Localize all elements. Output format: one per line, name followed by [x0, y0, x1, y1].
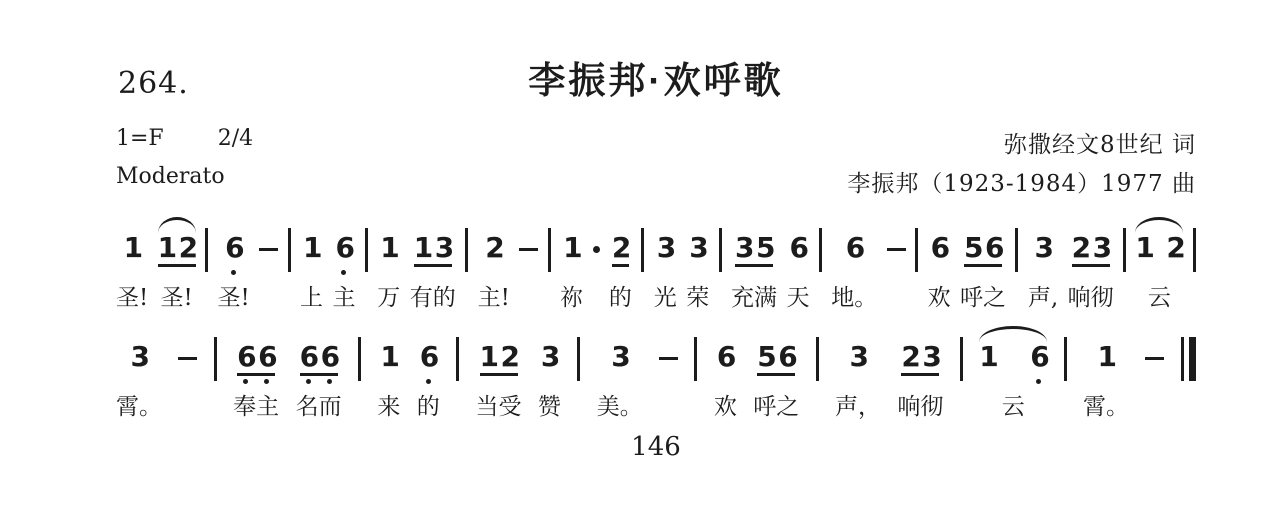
dash-note [178, 357, 197, 360]
note-digits: 3 [611, 341, 628, 376]
note-group: 3赞 [538, 325, 561, 422]
octave-dot-slot [300, 377, 317, 386]
note-group: 6欢 [714, 325, 737, 422]
octave-dot-slot [237, 377, 254, 386]
note-digit: 1 [380, 234, 397, 262]
lyric-syllable: 充满 [731, 283, 777, 313]
note-digit: 5 [756, 234, 773, 262]
octave-dot-slot [435, 268, 452, 277]
octave-dot-slot [124, 268, 141, 277]
note-group [1145, 325, 1164, 422]
note-digits: 12 [158, 232, 196, 267]
barline [1193, 228, 1196, 272]
octave-dot-row [225, 268, 242, 277]
octave-dot-slot [380, 268, 397, 277]
note-group: 66奉主 [233, 325, 279, 422]
note-digits: 3 [541, 341, 558, 376]
lyric-syllable: 声， [835, 392, 881, 422]
note-digits: 1 [1097, 341, 1114, 376]
note-digit: 3 [611, 343, 628, 371]
barline [816, 337, 819, 381]
note-digit: 1 [979, 343, 996, 371]
note-digits: 35 [735, 232, 773, 267]
octave-dot-slot [850, 377, 867, 386]
note-digit: 3 [131, 343, 148, 371]
note-group: 1祢 [560, 216, 583, 313]
octave-dot-slot [258, 377, 275, 386]
note-digit: 2 [1166, 234, 1183, 262]
note-digit: 6 [420, 343, 437, 371]
octave-dot-slot [1030, 377, 1047, 386]
octave-dot-row [1072, 268, 1110, 277]
note-digit: 1 [1135, 234, 1152, 262]
note-digits: 3 [689, 232, 706, 267]
octave-dot-slot [612, 268, 629, 277]
note-group: 66名而 [296, 325, 342, 422]
note-digits: 3 [131, 341, 148, 376]
note-digits: 6 [225, 232, 242, 267]
note-group: 6地。 [831, 216, 877, 313]
note-digits: 3 [657, 232, 674, 267]
credits: 弥撒经文8世纪 词 李振邦（1923-1984）1977 曲 [847, 126, 1196, 204]
note-group [519, 216, 538, 313]
note-group: 2的 [609, 216, 632, 313]
note-group: 6圣! [218, 216, 250, 313]
octave-dot-slot [689, 268, 706, 277]
note-group [659, 325, 678, 422]
note-group: 12当受 [476, 325, 522, 422]
note-digits: 6 [335, 232, 352, 267]
barline [960, 337, 963, 381]
octave-dot-row [657, 268, 674, 277]
note-digits: 56 [964, 232, 1002, 267]
note-digits: 16 [979, 341, 1047, 376]
octave-dot [1036, 379, 1041, 384]
octave-dot-row [485, 268, 502, 277]
lyric-syllable: 名而 [296, 392, 342, 422]
lyric-syllable: 圣! [218, 283, 250, 313]
note-digit: 1 [1097, 343, 1114, 371]
note-group: 1圣! [116, 216, 148, 313]
note-digit: 6 [237, 343, 254, 371]
octave-dot-slot [931, 268, 948, 277]
note-digits [1145, 341, 1164, 376]
lyric-syllable: 奉主 [233, 392, 279, 422]
note-digits: 66 [300, 341, 338, 376]
note-group: 6欢 [928, 216, 951, 313]
note-digits [593, 232, 600, 267]
note-digits: 6 [717, 341, 734, 376]
lyric-syllable: 呼之 [753, 392, 799, 422]
note-group: 35充满 [731, 216, 777, 313]
octave-dot-row [420, 377, 437, 386]
octave-dot-row [850, 377, 867, 386]
note-digits: 1 [303, 232, 320, 267]
note-digits: 6 [846, 232, 863, 267]
lyric-syllable: 天 [786, 283, 809, 313]
octave-dot-slot [657, 268, 674, 277]
note-digit: 1 [414, 234, 431, 262]
octave-dot-slot [778, 377, 795, 386]
note-digit: 2 [612, 234, 629, 262]
octave-dot-row [735, 268, 773, 277]
barline [205, 228, 208, 272]
barline [577, 337, 580, 381]
octave-dot-slot [789, 268, 806, 277]
octave-dot-row [335, 268, 352, 277]
music-system-1: 1圣!12圣!6圣!1上6主1万13有的2主!1祢2的3光3荣35充满6天6地。… [116, 216, 1196, 313]
octave-dot-row [1145, 377, 1164, 386]
lyric-syllable: 地。 [831, 283, 877, 313]
note-digits: 1 [380, 341, 397, 376]
lyric-syllable: 的 [417, 392, 440, 422]
key-signature: 1=F [116, 126, 164, 151]
note-digits: 6 [420, 341, 437, 376]
note-digit: 2 [501, 343, 518, 371]
octave-dot-row [480, 377, 518, 386]
note-digit: 6 [931, 234, 948, 262]
octave-dot [264, 379, 269, 384]
note-group: 1霄。 [1083, 325, 1129, 422]
hymn-number: 264. [118, 66, 189, 101]
octave-dot [243, 379, 248, 384]
lyric-syllable: 荣 [686, 283, 709, 313]
note-digit: 6 [1030, 343, 1047, 371]
lyric-syllable: 美。 [597, 392, 643, 422]
octave-dot-slot [1166, 268, 1183, 277]
note-digits: 12 [480, 341, 518, 376]
dash-note [259, 248, 278, 251]
dash-note [659, 357, 678, 360]
lyric-syllable: 云 [1148, 283, 1171, 313]
octave-dot-slot [887, 268, 906, 277]
octave-dot-row [931, 268, 948, 277]
octave-dot-slot [303, 268, 320, 277]
octave-dot-row [131, 377, 148, 386]
note-digit: 6 [321, 343, 338, 371]
note-digits: 2 [612, 232, 629, 267]
note-digit: 3 [735, 234, 752, 262]
barline [719, 228, 722, 272]
octave-dot-slot [541, 377, 558, 386]
octave-dot-row [414, 268, 452, 277]
octave-dot-row [757, 377, 795, 386]
note-group [593, 216, 600, 313]
octave-dot-slot [593, 268, 600, 277]
lyric-syllable: 圣! [116, 283, 148, 313]
octave-dot-slot [1135, 268, 1152, 277]
note-digit: 3 [922, 343, 939, 371]
time-signature: 2/4 [218, 126, 253, 151]
octave-dot-row [901, 377, 939, 386]
note-group: 3美。 [597, 325, 643, 422]
note-digit: 6 [300, 343, 317, 371]
meta-row: 1=F 2/4 Moderato 弥撒经文8世纪 词 李振邦（1923-1984… [116, 126, 1196, 204]
note-digit: 2 [1072, 234, 1089, 262]
note-group: 2主! [478, 216, 510, 313]
note-group: 3光 [654, 216, 677, 313]
note-group [887, 216, 906, 313]
octave-dot-slot [335, 268, 352, 277]
note-group: 3声, [1028, 216, 1058, 313]
note-group [259, 216, 278, 313]
note-group: 12云 [1135, 216, 1183, 313]
note-digit: 5 [964, 234, 981, 262]
octave-dot-row [887, 268, 906, 277]
octave-dot-row [659, 377, 678, 386]
octave-dot-slot [563, 268, 580, 277]
lyric-syllable: 上 [300, 283, 323, 313]
octave-dot-slot [179, 268, 196, 277]
octave-dot [327, 379, 332, 384]
note-digit: 3 [435, 234, 452, 262]
final-barline-thick [1189, 337, 1196, 381]
note-digit: 3 [850, 343, 867, 371]
barline [288, 228, 291, 272]
slur-arc [979, 326, 1047, 342]
barline [694, 337, 697, 381]
octave-dot-row [300, 377, 338, 386]
octave-dot-slot [321, 377, 338, 386]
lyric-syllable: 圣! [161, 283, 193, 313]
meta-left: 1=F 2/4 Moderato [116, 126, 253, 189]
octave-dot-slot [1097, 377, 1114, 386]
octave-dot-row [541, 377, 558, 386]
octave-dot-row [259, 268, 278, 277]
dash-note [519, 248, 538, 251]
barline [358, 337, 361, 381]
note-digits: 6 [789, 232, 806, 267]
lyric-syllable: 响彻 [1068, 283, 1114, 313]
lyric-syllable: 光 [654, 283, 677, 313]
note-group: 6主 [332, 216, 355, 313]
lyricist-credit: 弥撒经文8世纪 词 [847, 126, 1196, 165]
barline [465, 228, 468, 272]
note-digits: 23 [1072, 232, 1110, 267]
octave-dot-row [979, 377, 1047, 386]
lyric-syllable: 欢 [714, 392, 737, 422]
barline [365, 228, 368, 272]
octave-dot-row [612, 268, 629, 277]
note-digits: 1 [124, 232, 141, 267]
note-digits: 23 [901, 341, 939, 376]
dash-note [1145, 357, 1164, 360]
note-group: 3声， [835, 325, 881, 422]
note-group: 23响彻 [897, 325, 943, 422]
barline [1064, 337, 1067, 381]
music-system-2: 3霄。66奉主66名而1来6的12当受3赞3美。6欢56呼之3声，23响彻16云… [116, 325, 1196, 422]
barline [915, 228, 918, 272]
octave-dot-slot [501, 377, 518, 386]
note-group: 3荣 [686, 216, 709, 313]
hymn-title: 李振邦·欢呼歌 [116, 56, 1196, 106]
note-digit: 6 [335, 234, 352, 262]
key-meter: 1=F 2/4 [116, 126, 253, 151]
octave-dot-slot [964, 268, 981, 277]
note-digit: 6 [789, 234, 806, 262]
octave-dot-slot [757, 377, 774, 386]
composer-credit: 李振邦（1923-1984）1977 曲 [847, 165, 1196, 204]
octave-dot [306, 379, 311, 384]
barline [1123, 228, 1126, 272]
note-digit: 3 [689, 234, 706, 262]
note-group: 12圣! [158, 216, 196, 313]
barline [641, 228, 644, 272]
barline [456, 337, 459, 381]
octave-dot-row [717, 377, 734, 386]
barline [1015, 228, 1018, 272]
octave-dot-slot [979, 377, 996, 386]
octave-dot-row [380, 377, 397, 386]
slur-arc [158, 217, 196, 233]
note-group: 1来 [377, 325, 400, 422]
octave-dot-slot [756, 268, 773, 277]
note-digit: 1 [158, 234, 175, 262]
lyric-syllable: 万 [377, 283, 400, 313]
barline [819, 228, 822, 272]
octave-dot-row [1034, 268, 1051, 277]
note-group: 6的 [417, 325, 440, 422]
note-digits: 6 [931, 232, 948, 267]
octave-dot-slot [659, 377, 678, 386]
note-digits: 66 [237, 341, 275, 376]
note-digit: 1 [563, 234, 580, 262]
octave-dot-slot [735, 268, 752, 277]
note-digits [887, 232, 906, 267]
page-number: 146 [116, 432, 1196, 462]
note-digits: 3 [1034, 232, 1051, 267]
octave-dot-slot [414, 268, 431, 277]
octave-dot-row [563, 268, 580, 277]
octave-dot-row [789, 268, 806, 277]
note-digit: 1 [380, 343, 397, 371]
octave-dot-row [237, 377, 275, 386]
note-digits [519, 232, 538, 267]
lyric-syllable: 祢 [560, 283, 583, 313]
octave-dot [231, 270, 236, 275]
note-digits: 1 [380, 232, 397, 267]
note-digit: 3 [657, 234, 674, 262]
final-barline [1181, 337, 1196, 381]
note-digits [659, 341, 678, 376]
octave-dot-slot [225, 268, 242, 277]
note-digits: 2 [485, 232, 502, 267]
sheet-music-page: 264. 李振邦·欢呼歌 1=F 2/4 Moderato 弥撒经文8世纪 词 … [0, 0, 1280, 517]
lyric-syllable: 主 [332, 283, 355, 313]
note-digits: 12 [1135, 232, 1183, 267]
octave-dot-slot [380, 377, 397, 386]
barline [214, 337, 217, 381]
octave-dot-row [303, 268, 320, 277]
octave-dot-slot [901, 377, 918, 386]
octave-dot-row [846, 268, 863, 277]
octave-dot-row [519, 268, 538, 277]
octave-dot-row [124, 268, 141, 277]
note-group [178, 325, 197, 422]
note-digits [259, 232, 278, 267]
octave-dot-slot [158, 268, 175, 277]
note-digit: 2 [901, 343, 918, 371]
slur-arc [1135, 217, 1183, 233]
note-digit: 1 [303, 234, 320, 262]
note-digit: 1 [480, 343, 497, 371]
lyric-syllable: 赞 [538, 392, 561, 422]
note-digit: 6 [778, 343, 795, 371]
lyric-syllable: 的 [609, 283, 632, 313]
note-group: 6天 [786, 216, 809, 313]
note-digit: 6 [258, 343, 275, 371]
note-digit: 1 [124, 234, 141, 262]
octave-dot-slot [846, 268, 863, 277]
octave-dot-slot [519, 268, 538, 277]
note-digit: 2 [179, 234, 196, 262]
octave-dot [426, 379, 431, 384]
lyric-syllable: 霄。 [116, 392, 162, 422]
octave-dot-slot [1034, 268, 1051, 277]
tempo-marking: Moderato [116, 164, 253, 189]
octave-dot [341, 270, 346, 275]
octave-dot-slot [480, 377, 497, 386]
lyric-syllable: 欢 [928, 283, 951, 313]
octave-dot-slot [985, 268, 1002, 277]
note-group: 3霄。 [116, 325, 162, 422]
lyric-syllable: 云 [1002, 392, 1025, 422]
note-digits [178, 341, 197, 376]
lyric-syllable: 呼之 [960, 283, 1006, 313]
octave-dot-slot [420, 377, 437, 386]
note-group: 16云 [979, 325, 1047, 422]
octave-dot-row [611, 377, 628, 386]
octave-dot-slot [485, 268, 502, 277]
lyric-syllable: 有的 [410, 283, 456, 313]
note-group: 1上 [300, 216, 323, 313]
octave-dot-row [158, 268, 196, 277]
octave-dot-row [593, 268, 600, 277]
note-digits: 3 [850, 341, 867, 376]
octave-dot-slot [1145, 377, 1164, 386]
octave-dot-slot [131, 377, 148, 386]
note-group: 13有的 [410, 216, 456, 313]
octave-dot-row [178, 377, 197, 386]
note-digit: 6 [225, 234, 242, 262]
note-group: 1万 [377, 216, 400, 313]
octave-dot-slot [611, 377, 628, 386]
dash-note [887, 248, 906, 251]
note-digits: 56 [757, 341, 795, 376]
barline [548, 228, 551, 272]
note-digit: 3 [1093, 234, 1110, 262]
note-digit: 6 [717, 343, 734, 371]
lyric-syllable: 来 [377, 392, 400, 422]
octave-dot-row [1097, 377, 1114, 386]
augmentation-dot [593, 246, 600, 253]
note-digit: 5 [757, 343, 774, 371]
octave-dot-slot [1072, 268, 1089, 277]
note-digits: 1 [563, 232, 580, 267]
note-group: 23响彻 [1068, 216, 1114, 313]
octave-dot-row [1135, 268, 1183, 277]
note-digit: 2 [485, 234, 502, 262]
octave-dot-slot [922, 377, 939, 386]
header: 264. 李振邦·欢呼歌 [116, 56, 1196, 106]
note-digit: 3 [541, 343, 558, 371]
note-digit: 3 [1034, 234, 1051, 262]
octave-dot-row [689, 268, 706, 277]
lyric-syllable: 声, [1028, 283, 1058, 313]
final-barline-thin [1181, 337, 1184, 381]
octave-dot-slot [717, 377, 734, 386]
note-group: 56呼之 [753, 325, 799, 422]
